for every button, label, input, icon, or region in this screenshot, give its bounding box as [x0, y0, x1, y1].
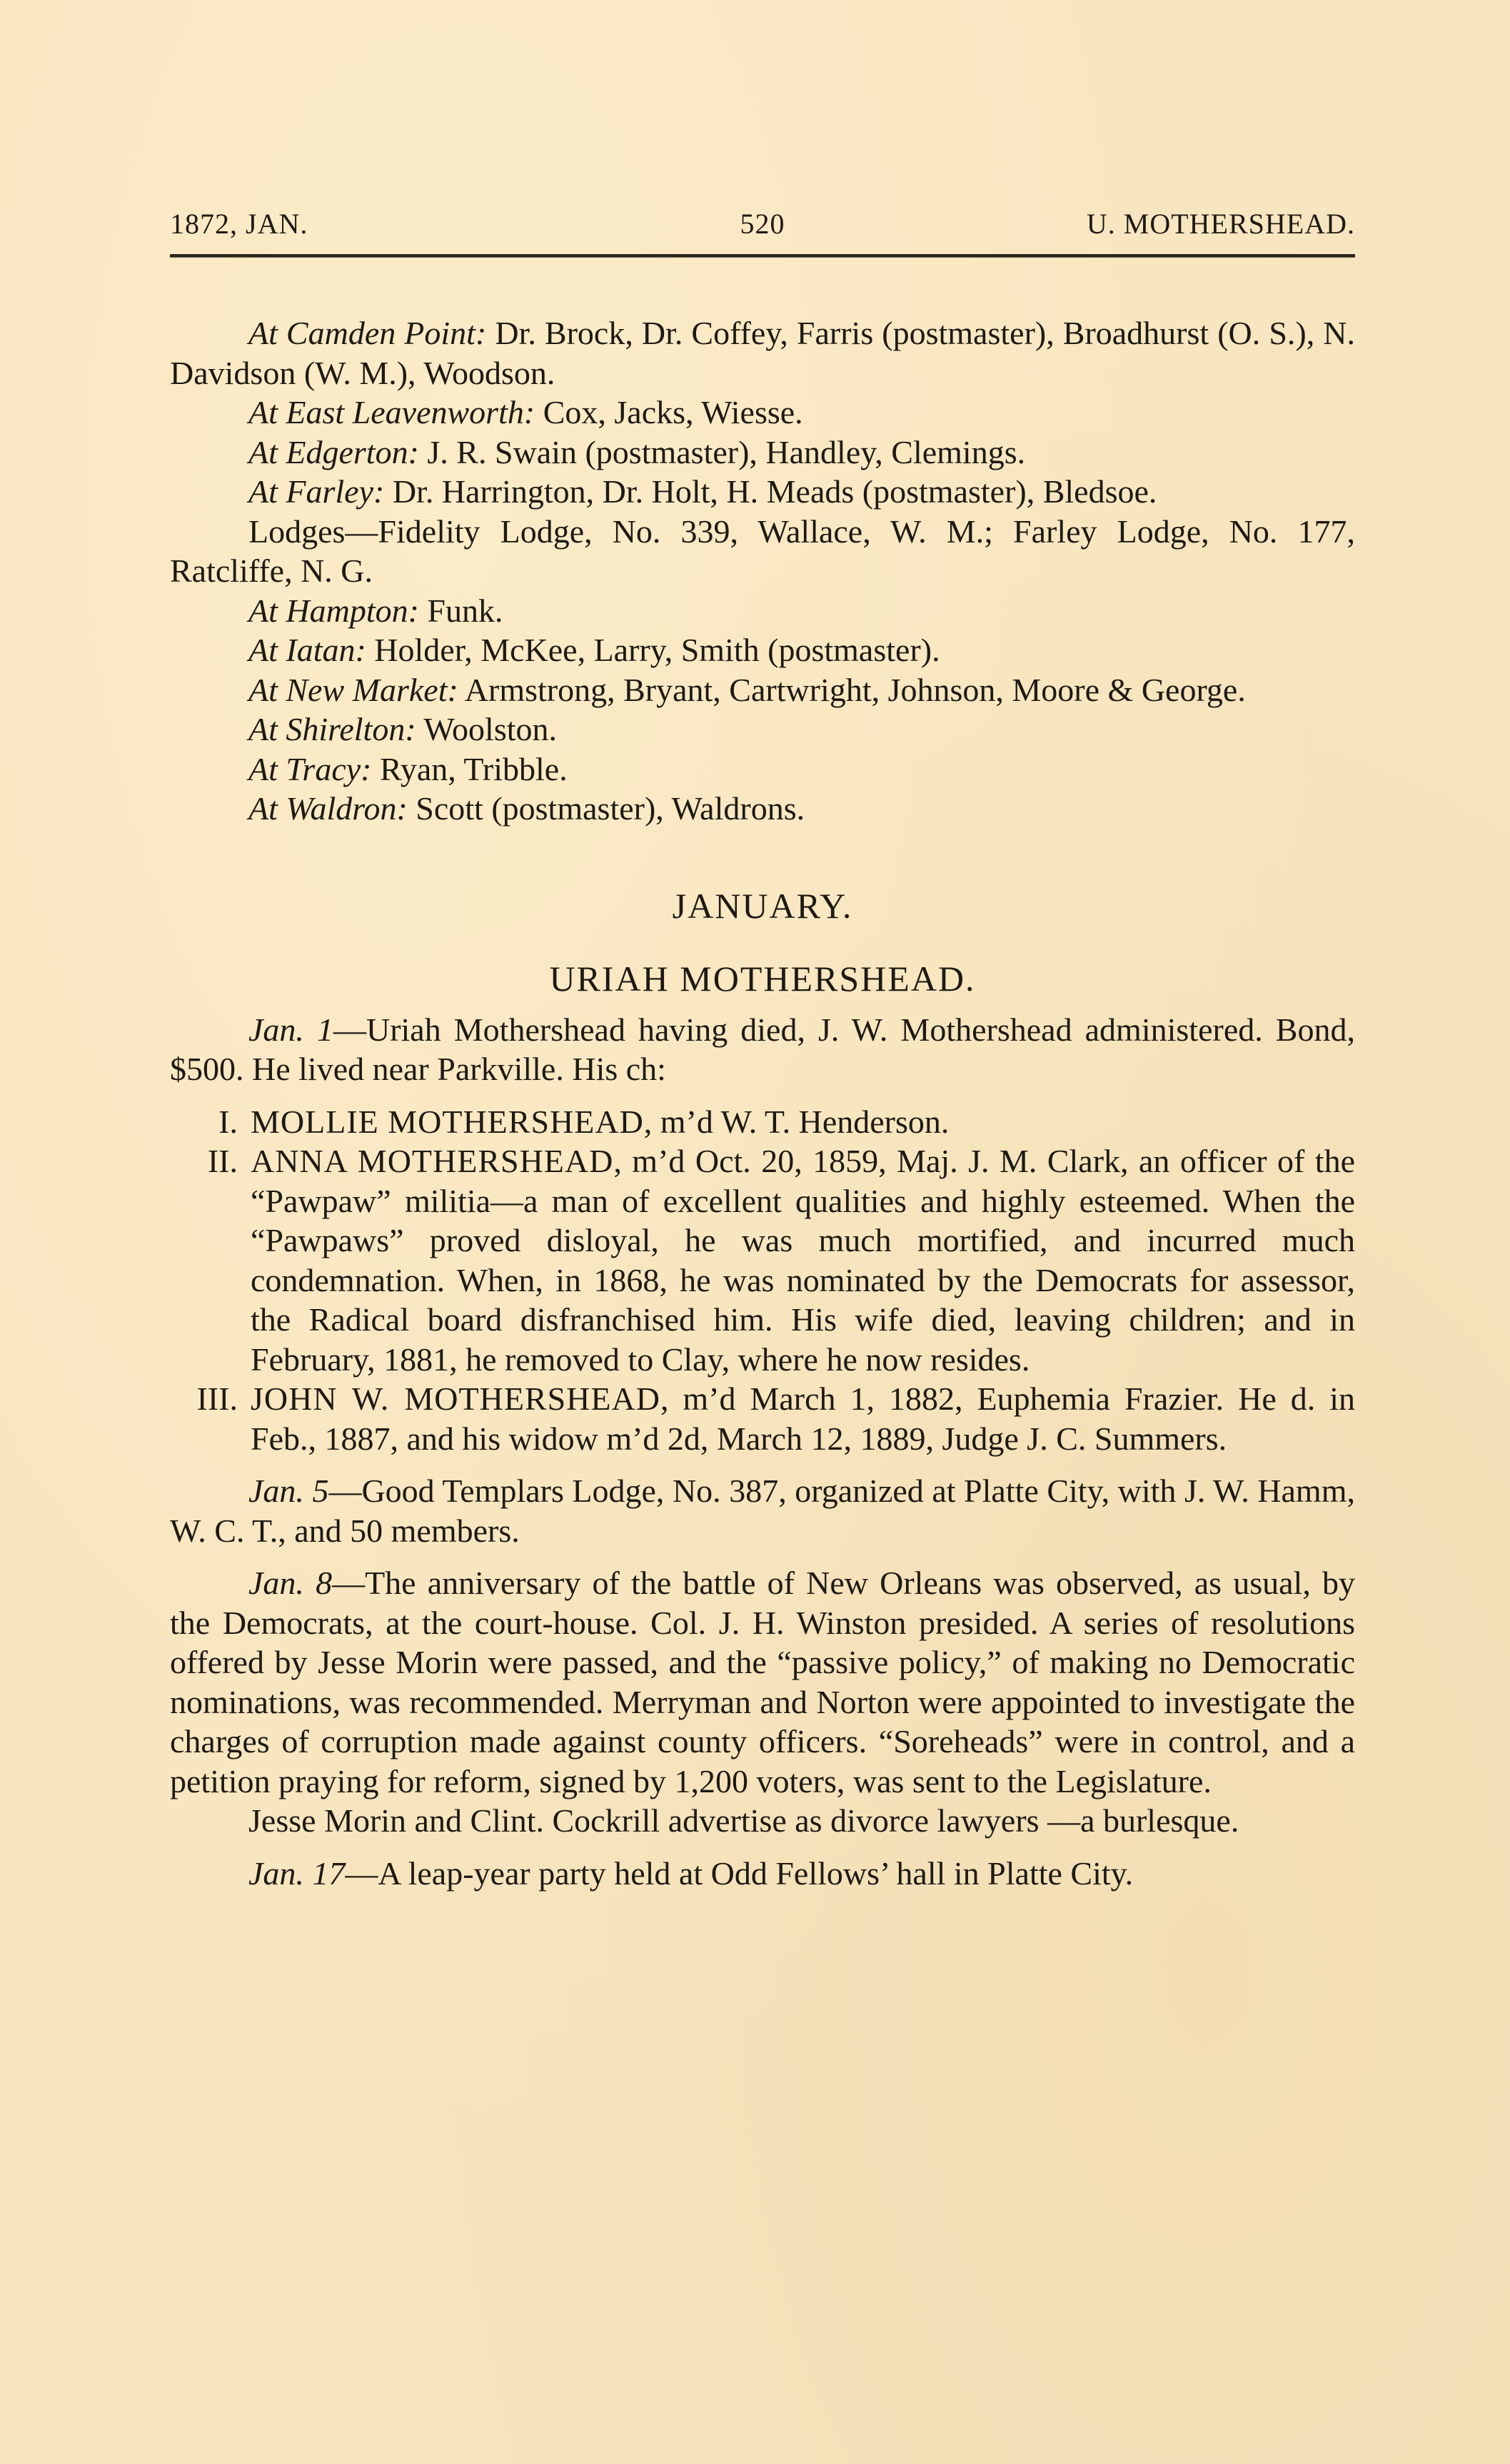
locality-residents: Scott (postmaster), Waldrons. [416, 790, 805, 827]
child-entry: II.ANNA MOTHERSHEAD, m’d Oct. 20, 1859, … [170, 1141, 1355, 1379]
locality-entry: At East Leavenworth: Cox, Jacks, Wiesse. [170, 393, 1355, 433]
locality-entry: At Edgerton: J. R. Swain (postmaster), H… [170, 433, 1355, 473]
child-name: ANNA MOTHERSHEAD [251, 1143, 613, 1179]
entry-jan-17: Jan. 17—A leap-year party held at Odd Fe… [170, 1854, 1355, 1894]
locality-name: At Farley: [248, 473, 384, 510]
child-number: II. [170, 1141, 238, 1181]
book-page: 1872, JAN. 520 U. MOTHERSHEAD. At Camden… [170, 207, 1355, 1893]
locality-residents: Armstrong, Bryant, Cartwright, Johnson, … [465, 672, 1246, 708]
child-entry: I.MOLLIE MOTHERSHEAD, m’d W. T. Henderso… [170, 1102, 1355, 1142]
locality-entry: At Shirelton: Woolston. [170, 710, 1355, 749]
locality-name: At New Market: [248, 672, 458, 708]
locality-residents: Ryan, Tribble. [380, 751, 568, 787]
child-name: JOHN W. MOTHERSHEAD [251, 1380, 660, 1417]
locality-residents: Woolston. [423, 711, 557, 747]
child-entry: III.JOHN W. MOTHERSHEAD, m’d March 1, 18… [170, 1379, 1355, 1458]
section-heading: JANUARY. [170, 884, 1355, 927]
locality-name: At Hampton: [248, 592, 419, 629]
entry-text: —Uriah Mothershead having died, J. W. Mo… [170, 1011, 1355, 1088]
entry-text: —Good Templars Lodge, No. 387, organized… [170, 1473, 1355, 1549]
entry-date: Jan. 1 [248, 1011, 333, 1048]
entry-jan-1: Jan. 1—Uriah Mothershead having died, J.… [170, 1010, 1355, 1089]
child-number: III. [170, 1379, 238, 1419]
entry-text: —A leap-year party held at Odd Fellows’ … [345, 1855, 1133, 1892]
locality-entry: At Camden Point: Dr. Brock, Dr. Coffey, … [170, 313, 1355, 393]
locality-residents: J. R. Swain (postmaster), Handley, Clemi… [427, 434, 1025, 470]
locality-name: At Iatan: [248, 632, 366, 668]
locality-name: At Waldron: [248, 790, 408, 827]
locality-name: At Tracy: [248, 751, 371, 787]
locality-name: At Shirelton: [248, 711, 416, 747]
locality-entry: At Hampton: Funk. [170, 591, 1355, 631]
child-text: , m’d W. T. Henderson. [644, 1104, 950, 1140]
divorce-lawyers-note: Jesse Morin and Clint. Cockrill advertis… [170, 1801, 1355, 1841]
locality-entry: At New Market: Armstrong, Bryant, Cartwr… [170, 670, 1355, 710]
header-date: 1872, JAN. [170, 207, 308, 241]
entry-text: —The anniversary of the battle of New Or… [170, 1565, 1355, 1799]
entry-date: Jan. 8 [248, 1565, 332, 1601]
entry-date: Jan. 5 [248, 1473, 328, 1509]
entry-jan-5: Jan. 5—Good Templars Lodge, No. 387, org… [170, 1471, 1355, 1550]
page-body: At Camden Point: Dr. Brock, Dr. Coffey, … [170, 313, 1355, 1893]
child-name: MOLLIE MOTHERSHEAD [251, 1104, 644, 1140]
locality-entry: At Waldron: Scott (postmaster), Waldrons… [170, 789, 1355, 829]
header-title: U. MOTHERSHEAD. [1087, 207, 1355, 241]
locality-entry: At Tracy: Ryan, Tribble. [170, 749, 1355, 789]
child-number: I. [170, 1102, 238, 1142]
locality-name: At Edgerton: [248, 434, 419, 470]
header-rule [170, 254, 1355, 258]
entry-date: Jan. 17 [248, 1855, 345, 1892]
lodges-paragraph: Lodges—Fidelity Lodge, No. 339, Wallace,… [170, 512, 1355, 591]
locality-residents: Dr. Harrington, Dr. Holt, H. Meads (post… [393, 473, 1157, 510]
locality-entry: At Farley: Dr. Harrington, Dr. Holt, H. … [170, 472, 1355, 512]
entry-jan-8: Jan. 8—The anniversary of the battle of … [170, 1563, 1355, 1801]
running-header: 1872, JAN. 520 U. MOTHERSHEAD. [170, 207, 1355, 244]
page-number: 520 [740, 208, 785, 240]
subsection-heading: URIAH MOTHERSHEAD. [170, 957, 1355, 1000]
locality-entry: At Iatan: Holder, McKee, Larry, Smith (p… [170, 630, 1355, 670]
locality-name: At Camden Point: [248, 315, 486, 351]
locality-name: At East Leavenworth: [248, 394, 535, 430]
locality-residents: Holder, McKee, Larry, Smith (postmaster)… [374, 632, 940, 668]
locality-residents: Funk. [427, 592, 503, 629]
locality-residents: Cox, Jacks, Wiesse. [543, 394, 803, 430]
